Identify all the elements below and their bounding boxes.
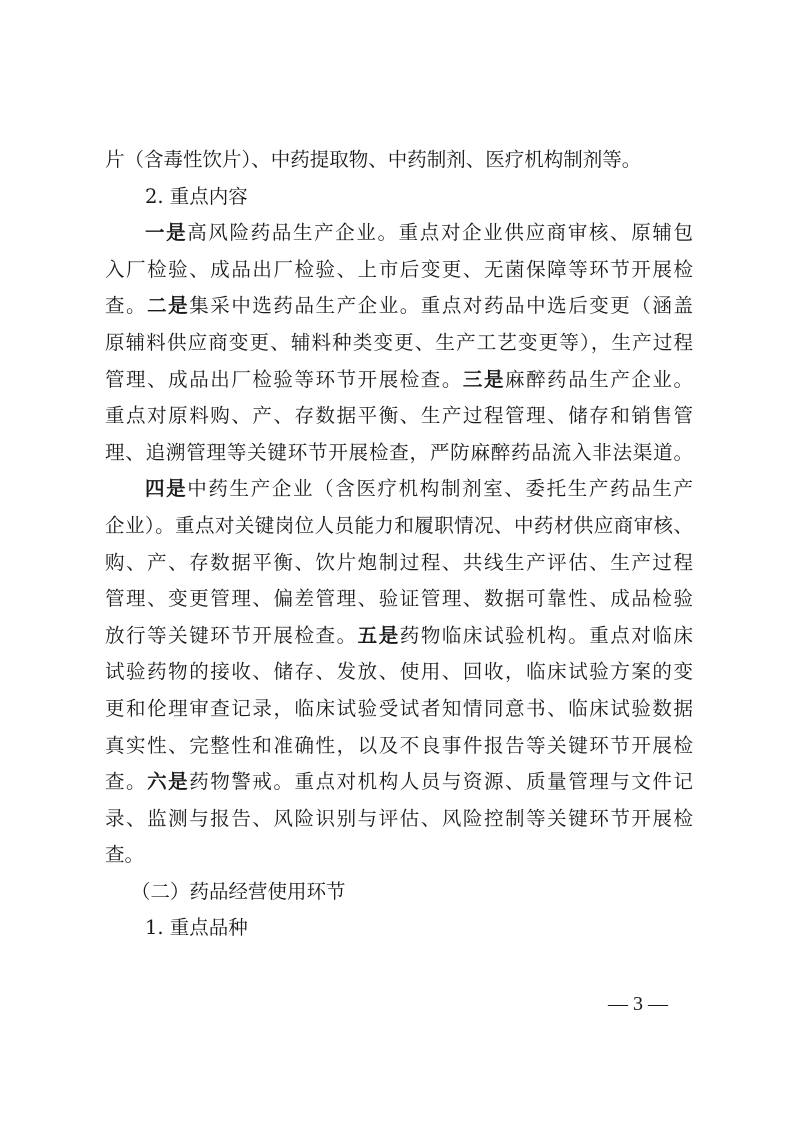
paragraph-line: 试验药物的接收、储存、发放、使用、回收，临床试验方案的变 xyxy=(105,654,693,691)
paragraph-line: 理、追溯管理等关键环节开展检查，严防麻醉药品流入非法渠道。 xyxy=(105,435,693,472)
line-text: 中药生产企业（含医疗机构制剂室、委托生产药品生产 xyxy=(187,477,693,500)
bold-lead-5: 五是 xyxy=(358,624,400,647)
bold-lead-2: 二是 xyxy=(147,294,189,317)
line-text: 药物警戒。重点对机构人员与资源、质量管理与文件记 xyxy=(189,770,693,793)
paragraph-line: 录、监测与报告、风险识别与评估、风险控制等关键环节开展检 xyxy=(105,801,693,838)
paragraph-line: 真实性、完整性和准确性，以及不良事件报告等关键环节开展检 xyxy=(105,728,693,765)
paragraph-line: 购、产、存数据平衡、饮片炮制过程、共线生产评估、生产过程 xyxy=(105,545,693,582)
section-heading-key-content: 2. 重点内容 xyxy=(105,179,693,216)
document-page: 片（含毒性饮片）、中药提取物、中药制剂、医疗机构制剂等。 2. 重点内容 一是高… xyxy=(0,0,793,1122)
line-text: 查。 xyxy=(105,294,147,317)
paragraph-line: 入厂检验、成品出厂检验、上市后变更、无菌保障等环节开展检 xyxy=(105,252,693,289)
line-text: 药物临床试验机构。重点对临床 xyxy=(400,624,693,647)
bold-lead-3: 三是 xyxy=(463,368,505,391)
paragraph-line: 四是中药生产企业（含医疗机构制剂室、委托生产药品生产 xyxy=(105,471,693,508)
line-text: 放行等关键环节开展检查。 xyxy=(105,624,358,647)
paragraph-line: 查。 xyxy=(105,837,693,874)
line-text: 高风险药品生产企业。重点对企业供应商审核、原辅包 xyxy=(187,221,693,244)
paragraph-line: 企业）。重点对关键岗位人员能力和履职情况、中药材供应商审核、 xyxy=(105,508,693,545)
paragraph-line: 片（含毒性饮片）、中药提取物、中药制剂、医疗机构制剂等。 xyxy=(105,142,693,179)
section-heading-key-varieties: 1. 重点品种 xyxy=(105,910,693,947)
body-text: 片（含毒性饮片）、中药提取物、中药制剂、医疗机构制剂等。 2. 重点内容 一是高… xyxy=(105,142,693,947)
line-text: 管理、成品出厂检验等环节开展检查。 xyxy=(105,368,463,391)
bold-lead-1: 一是 xyxy=(145,221,187,244)
line-text: 麻醉药品生产企业。 xyxy=(505,368,693,391)
bold-lead-4: 四是 xyxy=(145,477,187,500)
paragraph-line: 查。二是集采中选药品生产企业。重点对药品中选后变更（涵盖 xyxy=(105,288,693,325)
paragraph-line: 重点对原料购、产、存数据平衡、生产过程管理、储存和销售管 xyxy=(105,398,693,435)
line-text: 集采中选药品生产企业。重点对药品中选后变更（涵盖 xyxy=(189,294,693,317)
section-heading-distribution: （二）药品经营使用环节 xyxy=(105,874,693,911)
paragraph-line: 一是高风险药品生产企业。重点对企业供应商审核、原辅包 xyxy=(105,215,693,252)
line-text: 查。 xyxy=(105,770,147,793)
paragraph-line: 查。六是药物警戒。重点对机构人员与资源、质量管理与文件记 xyxy=(105,764,693,801)
paragraph-line: 管理、变更管理、偏差管理、验证管理、数据可靠性、成品检验 xyxy=(105,581,693,618)
paragraph-line: 管理、成品出厂检验等环节开展检查。三是麻醉药品生产企业。 xyxy=(105,362,693,399)
page-number: — 3 — xyxy=(590,993,686,1016)
paragraph-line: 放行等关键环节开展检查。五是药物临床试验机构。重点对临床 xyxy=(105,618,693,655)
paragraph-line: 原辅料供应商变更、辅料种类变更、生产工艺变更等），生产过程 xyxy=(105,325,693,362)
paragraph-line: 更和伦理审查记录，临床试验受试者知情同意书、临床试验数据 xyxy=(105,691,693,728)
bold-lead-6: 六是 xyxy=(147,770,189,793)
